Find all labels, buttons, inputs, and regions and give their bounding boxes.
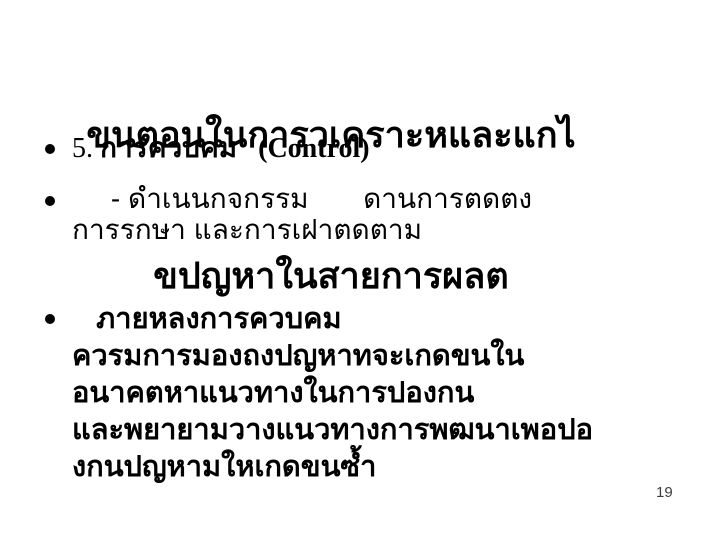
bullet-item-control-text: 5. การควบคม (Control) [72, 131, 370, 166]
page-number: 19 [656, 484, 673, 501]
presentation-slide: ขนตอนในการวเคราะหและแกไ ขปญหาในสายการผลต… [0, 0, 720, 540]
bullet-item-after-control: ภายหลงการควบคม ควรมการมองถงปญหาทจะเกดขนใ… [40, 301, 706, 486]
bullet-item-activities: - ดำเนนกจกรรม ดานการตดตง การรกษา และการเ… [40, 183, 706, 245]
bullet-item-activities-text: - ดำเนนกจกรรม ดานการตดตง การรกษา และการเ… [72, 183, 532, 245]
bullet-latin-label: (Control) [237, 133, 369, 164]
bullet-thai-label: การควบคม [100, 133, 237, 164]
bullet-icon [45, 314, 55, 324]
bullet-item-control: 5. การควบคม (Control) [40, 131, 706, 166]
bullet-icon [45, 144, 55, 154]
bullet-icon [45, 196, 55, 206]
bullet-number: 5. [72, 133, 100, 164]
bullet-item-after-control-text: ภายหลงการควบคม ควรมการมองถงปญหาทจะเกดขนใ… [72, 301, 593, 486]
bullet-list: 5. การควบคม (Control) - ดำเนนกจกรรม ดานก… [40, 131, 706, 486]
